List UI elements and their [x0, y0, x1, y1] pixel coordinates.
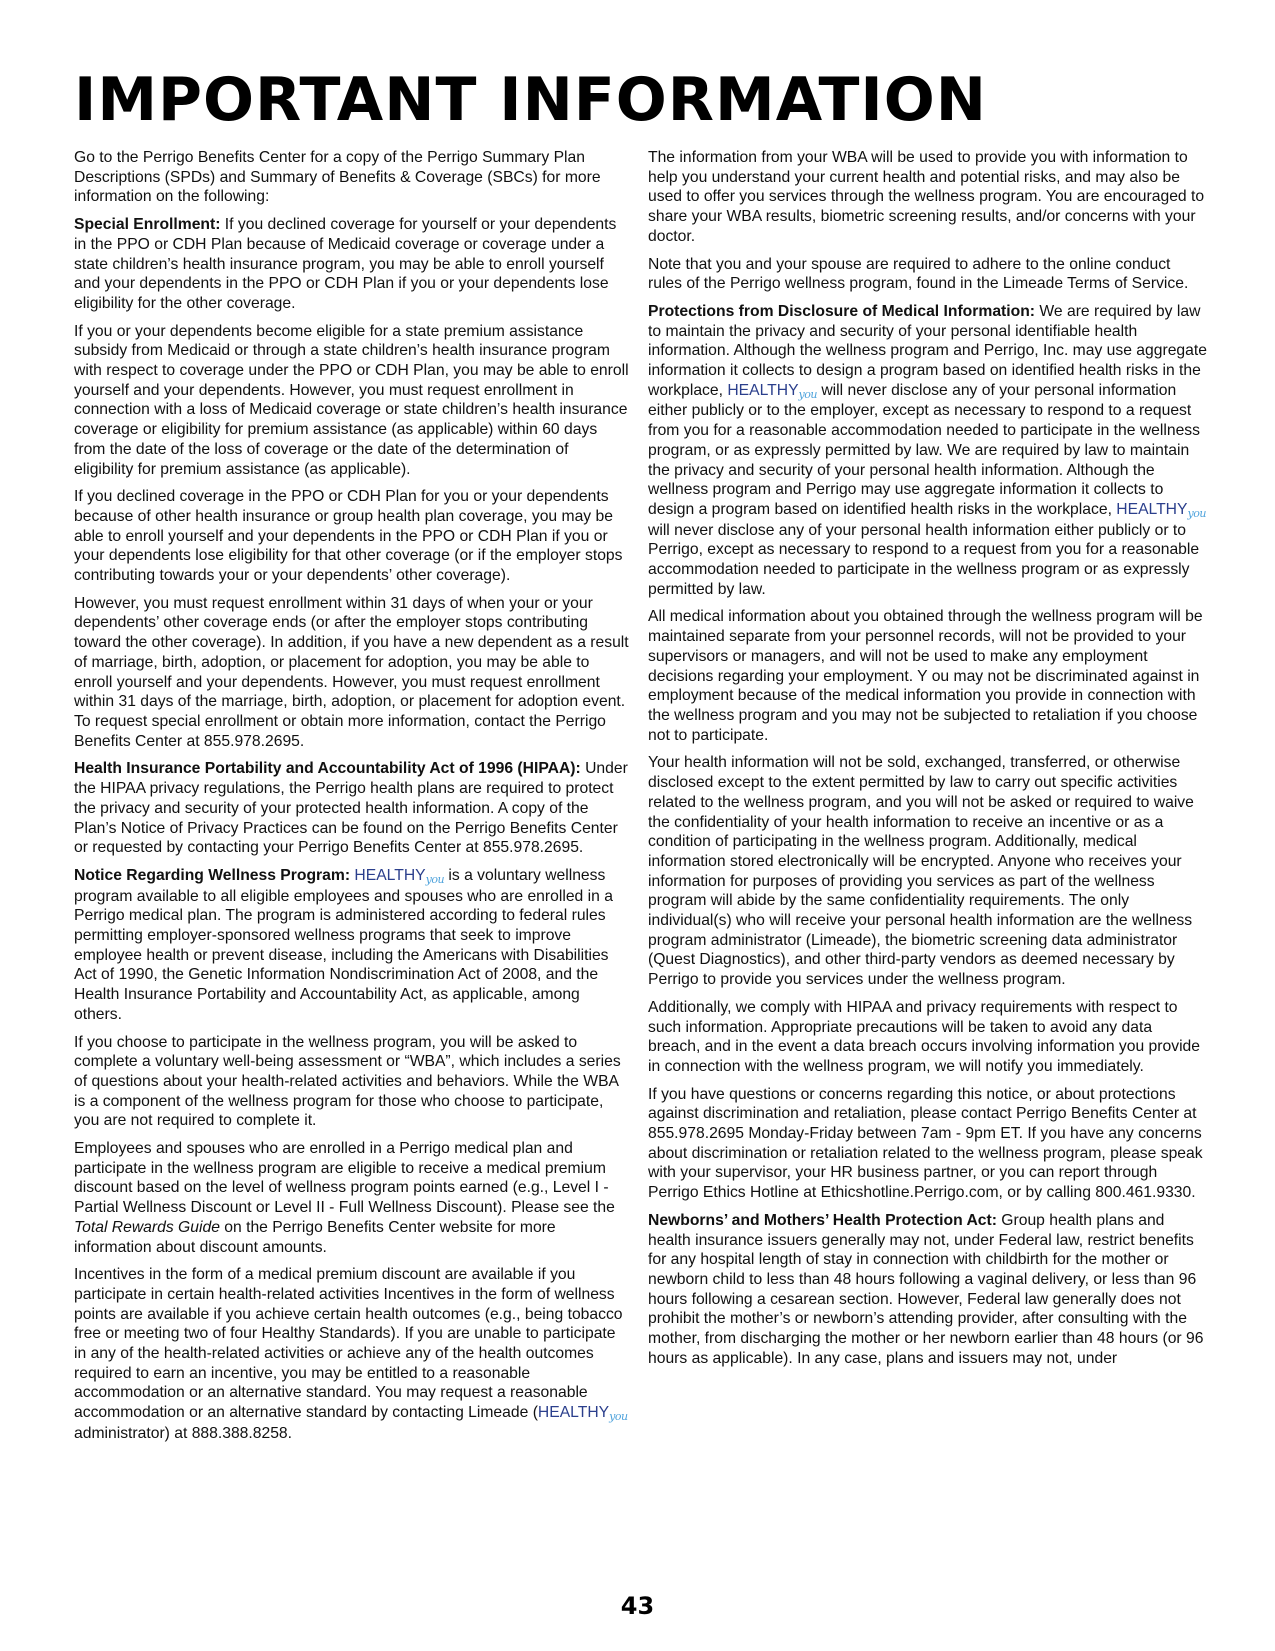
newborns-heading: Newborns’ and Mothers’ Health Protection… [648, 1212, 997, 1229]
contact-paragraph: If you have questions or concerns regard… [648, 1085, 1208, 1203]
confidentiality-paragraph: Your health information will not be sold… [648, 753, 1208, 989]
wba-paragraph: If you choose to participate in the well… [74, 1033, 630, 1132]
page-number: 43 [0, 1592, 1275, 1620]
protections-paragraph: Protections from Disclosure of Medical I… [648, 302, 1208, 600]
healthy-you-logo: HEALTHYyou [354, 867, 444, 884]
healthy-you-logo: HEALTHYyou [727, 382, 817, 399]
wba-usage-paragraph: The information from your WBA will be us… [648, 148, 1208, 247]
page-title: IMPORTANT INFORMATION [74, 64, 987, 136]
right-column: The information from your WBA will be us… [648, 148, 1208, 1376]
healthy-you-logo: HEALTHYyou [1116, 501, 1206, 518]
hipaa-paragraph: Health Insurance Portability and Account… [74, 759, 630, 858]
wellness-notice-heading: Notice Regarding Wellness Program: [74, 867, 350, 884]
special-enrollment-medicaid-paragraph: If you or your dependents become eligibl… [74, 322, 630, 480]
healthy-you-logo: HEALTHYyou [538, 1404, 628, 1421]
protections-heading: Protections from Disclosure of Medical I… [648, 303, 1035, 320]
medical-info-separation-paragraph: All medical information about you obtain… [648, 607, 1208, 745]
intro-paragraph: Go to the Perrigo Benefits Center for a … [74, 148, 630, 207]
special-enrollment-other-coverage-paragraph: If you declined coverage in the PPO or C… [74, 487, 630, 586]
data-breach-paragraph: Additionally, we comply with HIPAA and p… [648, 998, 1208, 1077]
left-column: Go to the Perrigo Benefits Center for a … [74, 148, 630, 1452]
premium-discount-paragraph: Employees and spouses who are enrolled i… [74, 1139, 630, 1257]
newborns-paragraph: Newborns’ and Mothers’ Health Protection… [648, 1211, 1208, 1369]
conduct-rules-paragraph: Note that you and your spouse are requir… [648, 255, 1208, 294]
special-enrollment-paragraph: Special Enrollment: If you declined cove… [74, 215, 630, 314]
wellness-notice-paragraph: Notice Regarding Wellness Program: HEALT… [74, 866, 630, 1025]
special-enrollment-deadline-paragraph: However, you must request enrollment wit… [74, 594, 630, 752]
incentives-paragraph: Incentives in the form of a medical prem… [74, 1265, 630, 1443]
special-enrollment-heading: Special Enrollment: [74, 216, 220, 233]
hipaa-heading: Health Insurance Portability and Account… [74, 760, 581, 777]
total-rewards-guide-title: Total Rewards Guide [74, 1219, 220, 1236]
